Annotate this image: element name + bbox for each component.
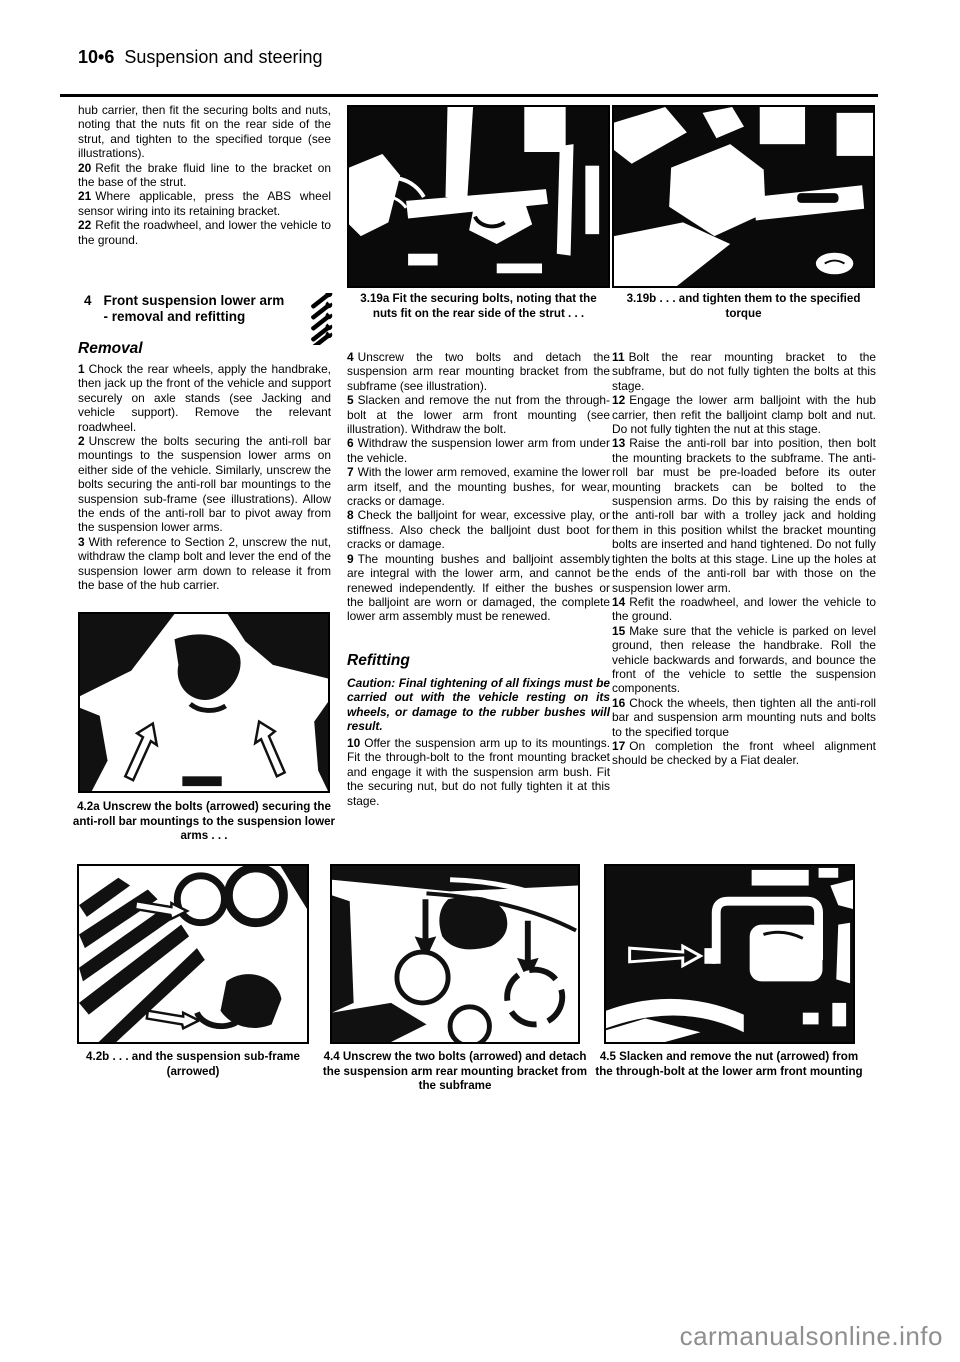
caption-42b: 4.2b . . . and the suspension sub-frame … (62, 1050, 324, 1079)
caption-44: 4.4 Unscrew the two bolts (arrowed) and … (322, 1050, 588, 1094)
refitting-paragraphs: 10Offer the suspension arm up to its mou… (347, 736, 610, 808)
section-heading: 4 Front suspension lower arm - removal a… (84, 293, 336, 345)
paragraph: 7With the lower arm removed, examine the… (347, 465, 610, 508)
page-number: 10•6 (78, 47, 114, 67)
paragraph: 15Make sure that the vehicle is parked o… (612, 624, 876, 696)
paragraph: 13Raise the anti-roll bar into position,… (612, 436, 876, 594)
paragraph: 16Chock the wheels, then tighten all the… (612, 696, 876, 739)
paragraph: 4Unscrew the two bolts and detach the su… (347, 350, 610, 393)
paragraph: 10Offer the suspension arm up to its mou… (347, 736, 610, 808)
paragraph: 11Bolt the rear mounting bracket to the … (612, 350, 876, 393)
caution-paragraph: Caution: Final tightening of all fixings… (347, 676, 610, 734)
removal-paragraphs: 1Chock the rear wheels, apply the handbr… (78, 362, 331, 593)
paragraph: 2Unscrew the bolts securing the anti-rol… (78, 434, 331, 535)
page-header: 10•6Suspension and steering (78, 46, 322, 68)
spanner-rating-icon (306, 293, 336, 345)
section-number: 4 (84, 293, 104, 309)
paragraph: 17On completion the front wheel alignmen… (612, 739, 876, 768)
photo-45 (604, 864, 855, 1044)
middle-paragraphs: 4Unscrew the two bolts and detach the su… (347, 350, 610, 624)
right-paragraphs: 11Bolt the rear mounting bracket to the … (612, 350, 876, 768)
paragraph: hub carrier, then fit the securing bolts… (78, 103, 331, 161)
header-rule (60, 94, 878, 97)
photo-42b (77, 864, 309, 1044)
paragraph: 14Refit the roadwheel, and lower the veh… (612, 595, 876, 624)
paragraph: 12Engage the lower arm balljoint with th… (612, 393, 876, 436)
paragraph: 9The mounting bushes and balljoint assem… (347, 552, 610, 624)
paragraph: 3With reference to Section 2, unscrew th… (78, 535, 331, 593)
photo-44 (330, 864, 580, 1044)
paragraph: 1Chock the rear wheels, apply the handbr… (78, 362, 331, 434)
watermark: carmanualsonline.info (680, 1321, 943, 1352)
caption-319b: 3.19b . . . and tighten them to the spec… (612, 292, 875, 321)
paragraph: 6Withdraw the suspension lower arm from … (347, 436, 610, 465)
paragraph: 8Check the balljoint for wear, excessive… (347, 508, 610, 551)
manual-page: 10•6Suspension and steering hub carrier,… (0, 0, 960, 1362)
chapter-title: Suspension and steering (124, 47, 322, 67)
photo-319a (347, 105, 610, 288)
caption-45: 4.5 Slacken and remove the nut (arrowed)… (594, 1050, 864, 1079)
caption-319a: 3.19a Fit the securing bolts, noting tha… (347, 292, 610, 321)
refitting-heading: Refitting (347, 652, 410, 670)
section-title: Front suspension lower arm - removal and… (104, 293, 300, 325)
removal-heading: Removal (78, 340, 143, 358)
paragraph: 21Where applicable, press the ABS wheel … (78, 189, 331, 218)
intro-paragraphs: hub carrier, then fit the securing bolts… (78, 103, 331, 247)
paragraph: 22Refit the roadwheel, and lower the veh… (78, 218, 331, 247)
paragraph: 20Refit the brake fluid line to the brac… (78, 161, 331, 190)
caption-42a: 4.2a Unscrew the bolts (arrowed) securin… (66, 800, 342, 844)
photo-319b (612, 105, 875, 288)
paragraph: 5Slacken and remove the nut from the thr… (347, 393, 610, 436)
photo-42a (78, 612, 330, 793)
